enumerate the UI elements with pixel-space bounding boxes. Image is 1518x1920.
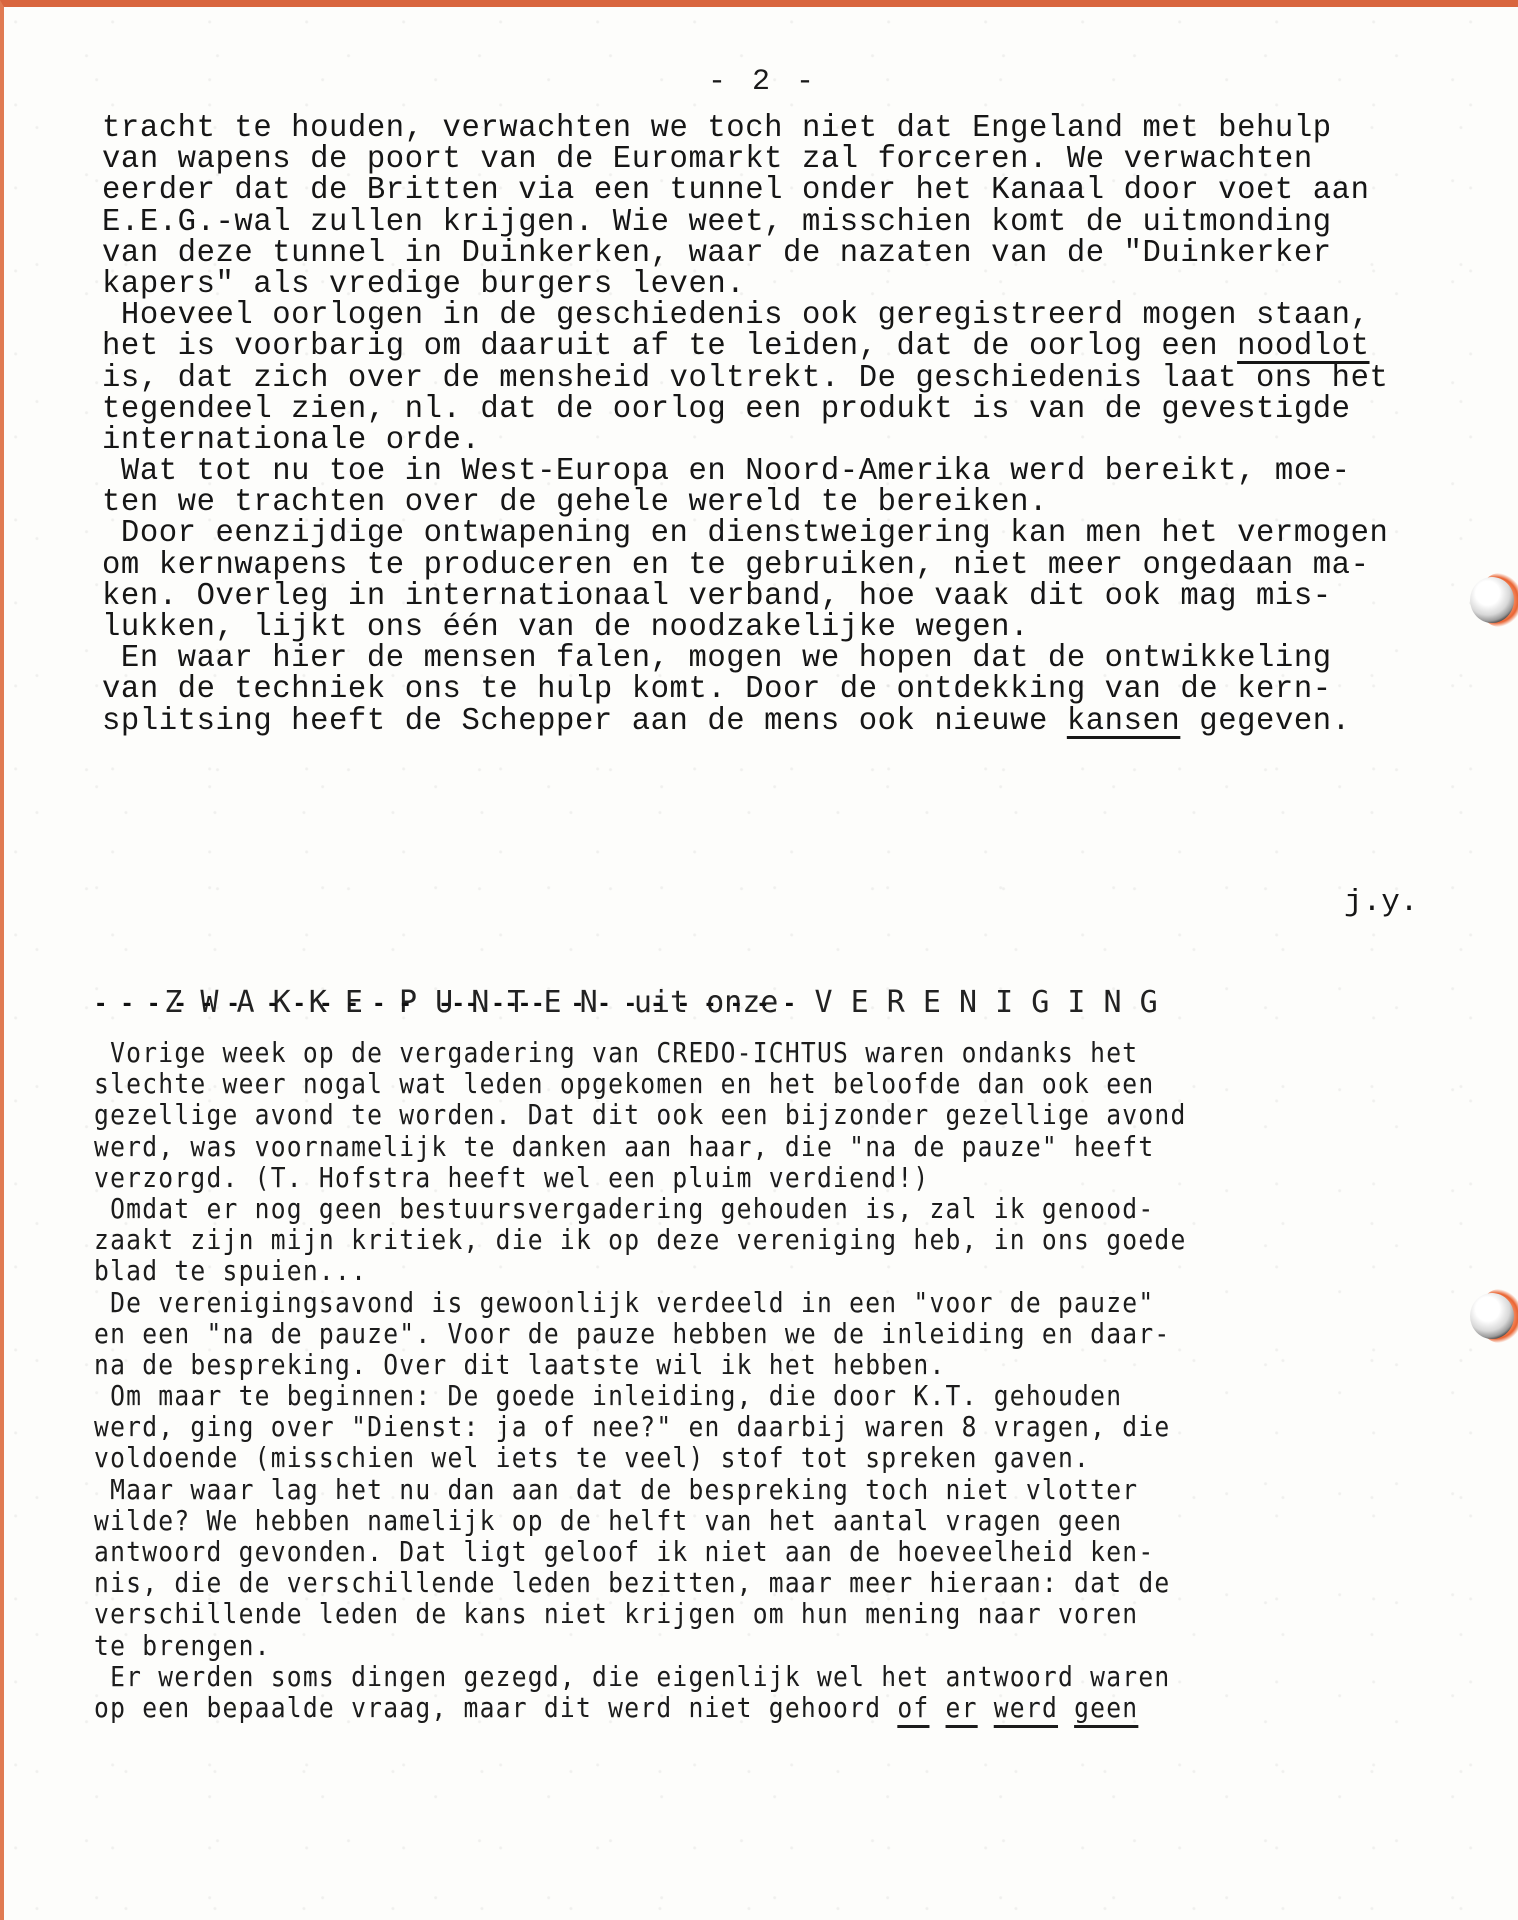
article-1-body: tracht te houden, verwachten we toch nie… <box>102 113 1470 737</box>
text-run: Omdat er nog geen bestuursvergadering ge… <box>94 1192 1154 1225</box>
text-line: tegendeel zien, nl. dat de oorlog een pr… <box>102 394 1470 425</box>
text-line: is, dat zich over de mensheid voltrekt. … <box>102 363 1470 394</box>
text-line: ken. Overleg in internationaal verband, … <box>102 581 1470 612</box>
text-run: gezellige avond te worden. Dat dit ook e… <box>94 1098 1187 1131</box>
text-run: werd, ging over "Dienst: ja of nee?" en … <box>94 1410 1170 1443</box>
binder-hole-reinforcement-icon <box>1470 573 1518 629</box>
text-run: Hoeveel oorlogen in de geschiedenis ook … <box>102 298 1370 333</box>
text-run: ten we trachten over de gehele wereld te… <box>102 485 1048 520</box>
text-run: lukken, lijkt ons één van de noodzakelij… <box>102 610 1029 645</box>
text-line: Er werden soms dingen gezegd, die eigenl… <box>94 1661 1344 1692</box>
text-run: gegeven. <box>1180 704 1350 739</box>
text-line: van wapens de poort van de Euromarkt zal… <box>102 144 1470 175</box>
text-run: Wat tot nu toe in West-Europa en Noord-A… <box>102 454 1351 489</box>
text-run: nis, die de verschillende leden bezitten… <box>94 1566 1170 1599</box>
text-line: ten we trachten over de gehele wereld te… <box>102 487 1470 518</box>
heading-dashed-underline: - - - - - - - - - - - - --- ---- - - - -… <box>94 992 796 1017</box>
underlined-word: noodlot <box>1237 329 1369 364</box>
text-line: tracht te houden, verwachten we toch nie… <box>102 113 1470 144</box>
document-page: - 2 - tracht te houden, verwachten we to… <box>0 0 1518 1920</box>
text-run: te brengen. <box>94 1629 271 1662</box>
text-line: antwoord gevonden. Dat ligt geloof ik ni… <box>94 1536 1344 1567</box>
underlined-word: er <box>946 1691 978 1724</box>
text-line: Omdat er nog geen bestuursvergadering ge… <box>94 1193 1344 1224</box>
text-line: werd, ging over "Dienst: ja of nee?" en … <box>94 1411 1344 1442</box>
text-line: voldoende (misschien wel iets te veel) s… <box>94 1442 1344 1473</box>
text-line: Door eenzijdige ontwapening en dienstwei… <box>102 518 1470 549</box>
underlined-word: werd <box>994 1691 1058 1724</box>
text-line: op een bepaalde vraag, maar dit werd nie… <box>94 1692 1344 1723</box>
text-run: Vorige week op de vergadering van CREDO-… <box>94 1036 1138 1069</box>
underlined-word: geen <box>1074 1691 1138 1724</box>
text-line: splitsing heeft de Schepper aan de mens … <box>102 706 1470 737</box>
text-line: De verenigingsavond is gewoonlijk verdee… <box>94 1287 1344 1318</box>
text-line: het is voorbarig om daaruit af te leiden… <box>102 331 1470 362</box>
text-run <box>1058 1691 1074 1724</box>
page-number: - 2 - <box>4 65 1518 99</box>
underlined-word: kansen <box>1067 704 1181 739</box>
text-line: eerder dat de Britten via een tunnel ond… <box>102 175 1470 206</box>
text-run: op een bepaalde vraag, maar dit werd nie… <box>94 1691 897 1724</box>
author-signature: j.y. <box>1344 885 1418 920</box>
text-line: En waar hier de mensen falen, mogen we h… <box>102 643 1470 674</box>
text-run: na de bespreking. Over dit laatste wil i… <box>94 1348 946 1381</box>
article-2-body: Vorige week op de vergadering van CREDO-… <box>94 1037 1344 1723</box>
text-run: En waar hier de mensen falen, mogen we h… <box>102 641 1332 676</box>
text-line: nis, die de verschillende leden bezitten… <box>94 1567 1344 1598</box>
text-line: verzorgd. (T. Hofstra heeft wel een plui… <box>94 1162 1344 1193</box>
text-line: blad te spuien... <box>94 1255 1344 1286</box>
text-run: kapers" als vredige burgers leven. <box>102 267 745 302</box>
text-run: splitsing heeft de Schepper aan de mens … <box>102 704 1067 739</box>
text-run <box>978 1691 994 1724</box>
text-line: van deze tunnel in Duinkerken, waar de n… <box>102 238 1470 269</box>
text-run: zaakt zijn mijn kritiek, die ik op deze … <box>94 1223 1187 1256</box>
text-run: slechte weer nogal wat leden opgekomen e… <box>94 1067 1154 1100</box>
text-line: en een "na de pauze". Voor de pauze hebb… <box>94 1318 1344 1349</box>
binder-hole-reinforcement-icon <box>1470 1289 1518 1345</box>
text-line: E.E.G.-wal zullen krijgen. Wie weet, mis… <box>102 207 1470 238</box>
text-line: internationale orde. <box>102 425 1470 456</box>
text-run: De verenigingsavond is gewoonlijk verdee… <box>94 1286 1154 1319</box>
text-run: tegendeel zien, nl. dat de oorlog een pr… <box>102 392 1351 427</box>
text-line: zaakt zijn mijn kritiek, die ik op deze … <box>94 1224 1344 1255</box>
text-run: werd, was voornamelijk te danken aan haa… <box>94 1130 1154 1163</box>
text-line: na de bespreking. Over dit laatste wil i… <box>94 1349 1344 1380</box>
text-run: internationale orde. <box>102 423 480 458</box>
text-run: tracht te houden, verwachten we toch nie… <box>102 111 1332 146</box>
text-line: van de techniek ons te hulp komt. Door d… <box>102 674 1470 705</box>
text-run: Door eenzijdige ontwapening en dienstwei… <box>102 516 1388 551</box>
text-run: is, dat zich over de mensheid voltrekt. … <box>102 361 1388 396</box>
text-run: het is voorbarig om daaruit af te leiden… <box>102 329 1237 364</box>
text-line: kapers" als vredige burgers leven. <box>102 269 1470 300</box>
text-run: Om maar te beginnen: De goede inleiding,… <box>94 1379 1122 1412</box>
text-run: antwoord gevonden. Dat ligt geloof ik ni… <box>94 1535 1154 1568</box>
text-line: wilde? We hebben namelijk op de helft va… <box>94 1505 1344 1536</box>
text-line: verschillende leden de kans niet krijgen… <box>94 1598 1344 1629</box>
text-run: blad te spuien... <box>94 1254 367 1287</box>
text-run: van wapens de poort van de Euromarkt zal… <box>102 142 1313 177</box>
text-run: E.E.G.-wal zullen krijgen. Wie weet, mis… <box>102 205 1332 240</box>
text-line: slechte weer nogal wat leden opgekomen e… <box>94 1068 1344 1099</box>
text-run: eerder dat de Britten via een tunnel ond… <box>102 173 1370 208</box>
text-run: van de techniek ons te hulp komt. Door d… <box>102 672 1332 707</box>
text-line: Hoeveel oorlogen in de geschiedenis ook … <box>102 300 1470 331</box>
text-line: Maar waar lag het nu dan aan dat de besp… <box>94 1474 1344 1505</box>
text-line: Wat tot nu toe in West-Europa en Noord-A… <box>102 456 1470 487</box>
underlined-word: of <box>897 1691 929 1724</box>
text-line: te brengen. <box>94 1630 1344 1661</box>
text-run: en een "na de pauze". Voor de pauze hebb… <box>94 1317 1170 1350</box>
text-line: Vorige week op de vergadering van CREDO-… <box>94 1037 1344 1068</box>
text-run: verschillende leden de kans niet krijgen… <box>94 1597 1138 1630</box>
text-run: om kernwapens te produceren en te gebrui… <box>102 548 1370 583</box>
text-line: lukken, lijkt ons één van de noodzakelij… <box>102 612 1470 643</box>
text-run: voldoende (misschien wel iets te veel) s… <box>94 1441 1090 1474</box>
text-line: Om maar te beginnen: De goede inleiding,… <box>94 1380 1344 1411</box>
text-run: van deze tunnel in Duinkerken, waar de n… <box>102 236 1332 271</box>
text-run <box>929 1691 945 1724</box>
text-line: werd, was voornamelijk te danken aan haa… <box>94 1131 1344 1162</box>
text-line: gezellige avond te worden. Dat dit ook e… <box>94 1099 1344 1130</box>
text-run: ken. Overleg in internationaal verband, … <box>102 579 1332 614</box>
text-run: wilde? We hebben namelijk op de helft va… <box>94 1504 1122 1537</box>
text-run: verzorgd. (T. Hofstra heeft wel een plui… <box>94 1161 929 1194</box>
text-run: Er werden soms dingen gezegd, die eigenl… <box>94 1660 1170 1693</box>
text-line: om kernwapens te produceren en te gebrui… <box>102 550 1470 581</box>
text-run: Maar waar lag het nu dan aan dat de besp… <box>94 1473 1138 1506</box>
